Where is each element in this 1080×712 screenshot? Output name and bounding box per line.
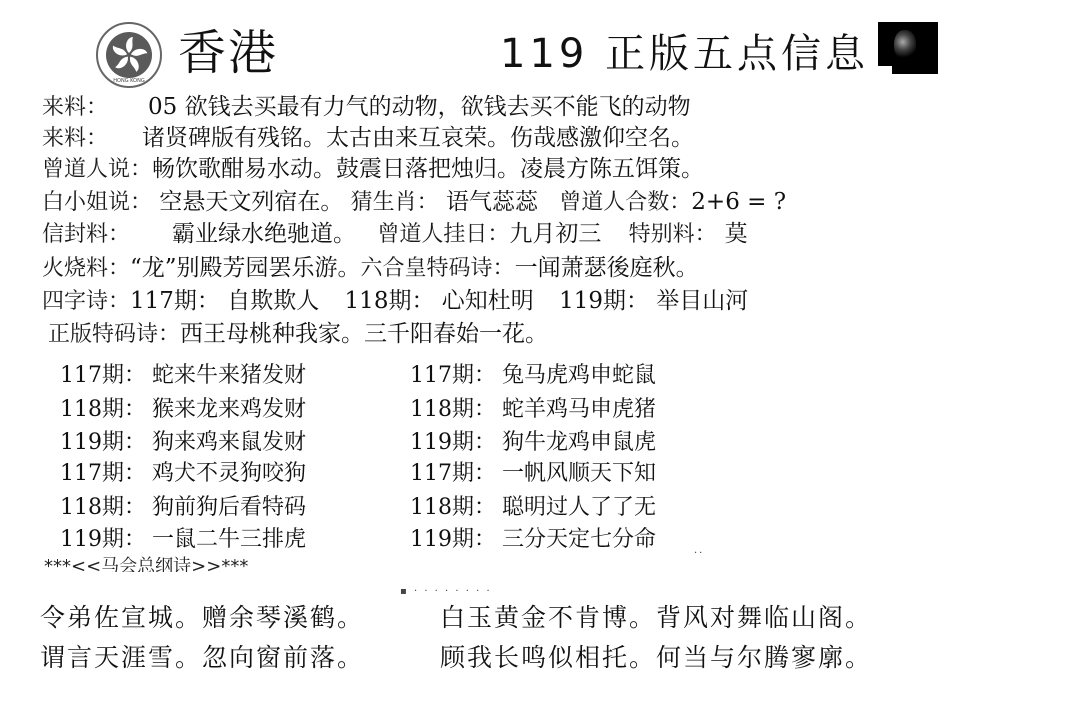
special-label: 特别料： (629, 222, 717, 247)
lhh-poem-value: 一闻萧瑟後庭秋。 (515, 255, 699, 281)
four-char-poem-line: 四字诗：117期： 自欺欺人 118期： 心知杜明 119期： 举目山河 (42, 282, 748, 315)
poem-part-b: 白玉黄金不肯博。背风对舞临山阁。 (440, 603, 872, 632)
guess-zodiac-value: 语气蕊蕊 (446, 189, 538, 215)
period-117: 117期： (130, 288, 220, 314)
info-line-1: 来料：05 欲钱去买最有力气的动物，欲钱去买不能飞的动物 (42, 88, 691, 121)
prediction-row: 119期：狗牛龙鸡申鼠虎 (410, 425, 656, 456)
poem-part-b: 顾我长鸣似相托。何当与尔腾寥廓。 (440, 643, 872, 672)
line-value: 畅饮歌酣易水动。鼓震日落把烛归。凌晨方陈五饵策。 (152, 156, 704, 182)
line-label: 曾道人说： (42, 157, 152, 182)
period-119: 119期： (559, 288, 649, 314)
lhh-poem-label: 六合皇特码诗： (361, 256, 515, 281)
info-line-2: 来料：诸贤碑版有残铭。太古由来互哀荣。伤哉感激仰空名。 (42, 119, 694, 152)
period-118: 118期： (345, 288, 435, 314)
four-char-label: 四字诗： (42, 289, 130, 314)
special-poem-label: 正版特码诗： (48, 322, 180, 347)
envelope-label: 信封料： (42, 217, 172, 248)
section-title: ***<<马会总纲诗>>*** (44, 552, 248, 572)
fire-line: 火烧料：“龙”别殿芳园罢乐游。六合皇特码诗：一闻萧瑟後庭秋。 (42, 249, 699, 282)
emblem-text: HONG KONG (98, 78, 160, 84)
scan-artifact: ▪ · · · · · · · · (400, 586, 492, 597)
special-code-poem-line: 正版特码诗：西王母桃种我家。三千阳春始一花。 (48, 315, 548, 348)
scan-artifact: ·· (694, 548, 704, 559)
info-line-3: 曾道人说：畅饮歌酣易水动。鼓震日落把烛归。凌晨方陈五饵策。 (42, 150, 704, 183)
poem-line-2: 谓言天涯雪。忽向窗前落。顾我长鸣似相托。何当与尔腾寥廓。 (40, 638, 872, 674)
hang-date-value: 九月初三 (509, 221, 601, 247)
prediction-row: 119期：一鼠二牛三排虎 (60, 522, 306, 552)
prediction-row: 118期：蛇羊鸡马申虎猪 (410, 392, 656, 425)
prediction-row: 119期：狗来鸡来鼠发财 (60, 425, 306, 456)
prediction-row: 118期：狗前狗后看特码 (60, 490, 306, 522)
prediction-row: 117期：鸡犬不灵狗咬狗 (60, 456, 306, 490)
predictions-right-column: 117期：兔马虎鸡申蛇鼠 118期：蛇羊鸡马申虎猪 119期：狗牛龙鸡申鼠虎 1… (410, 358, 656, 552)
sum-value: 2+6 = ? (691, 189, 786, 215)
region-title: 香港 (178, 14, 278, 83)
page-title: 119 正版五点信息 (500, 22, 869, 79)
prediction-row: 119期：三分天定七分命 (410, 522, 656, 552)
poem-part-a: 令弟佐宣城。赠余琴溪鹤。 (40, 598, 440, 634)
bauhinia-icon (106, 32, 152, 78)
prediction-row: 117期：兔马虎鸡申蛇鼠 (410, 358, 656, 392)
poem-119: 举目山河 (656, 288, 748, 314)
envelope-value: 霸业绿水绝驰道。 (172, 221, 356, 247)
line-label: 来料： (42, 121, 142, 152)
poem-part-a: 谓言天涯雪。忽向窗前落。 (40, 638, 440, 674)
fire-value: “龙”别殿芳园罢乐游。 (130, 255, 361, 281)
bai-value: 空悬天文列宿在。 (159, 189, 343, 215)
fire-label: 火烧料： (42, 256, 130, 281)
prediction-row: 118期：聪明过人了了无 (410, 490, 656, 522)
prediction-row: 117期：蛇来牛来猪发财 (60, 358, 306, 392)
special-poem-value: 西王母桃种我家。三千阳春始一花。 (180, 321, 548, 347)
portrait-image (878, 22, 938, 74)
prediction-row: 118期：猴来龙来鸡发财 (60, 392, 306, 425)
bai-label: 白小姐说： (42, 190, 152, 215)
poem-117: 自欺欺人 (227, 288, 319, 314)
poem-line-1: 令弟佐宣城。赠余琴溪鹤。白玉黄金不肯博。背风对舞临山阁。 (40, 598, 872, 634)
special-value: 莫 (725, 221, 748, 247)
prediction-row: 117期：一帆风顺天下知 (410, 456, 656, 490)
line-value: 05 欲钱去买最有力气的动物，欲钱去买不能飞的动物 (148, 94, 691, 120)
line-label: 来料： (42, 90, 148, 121)
sum-label: 曾道人合数： (559, 190, 691, 215)
line-value: 诸贤碑版有残铭。太古由来互哀荣。伤哉感激仰空名。 (142, 125, 694, 151)
envelope-line: 信封料：霸业绿水绝驰道。 曾道人挂日：九月初三 特别料：莫 (42, 215, 748, 248)
poem-118: 心知杜明 (442, 288, 534, 314)
hong-kong-emblem-icon: HONG KONG (96, 22, 162, 88)
predictions-left-column: 117期：蛇来牛来猪发财 118期：猴来龙来鸡发财 119期：狗来鸡来鼠发财 1… (60, 358, 306, 552)
hang-date-label: 曾道人挂日： (377, 222, 509, 247)
guess-zodiac-label: 猜生肖： (351, 190, 439, 215)
bai-line: 白小姐说： 空悬天文列宿在。 猜生肖： 语气蕊蕊 曾道人合数：2+6 = ? (42, 183, 786, 216)
